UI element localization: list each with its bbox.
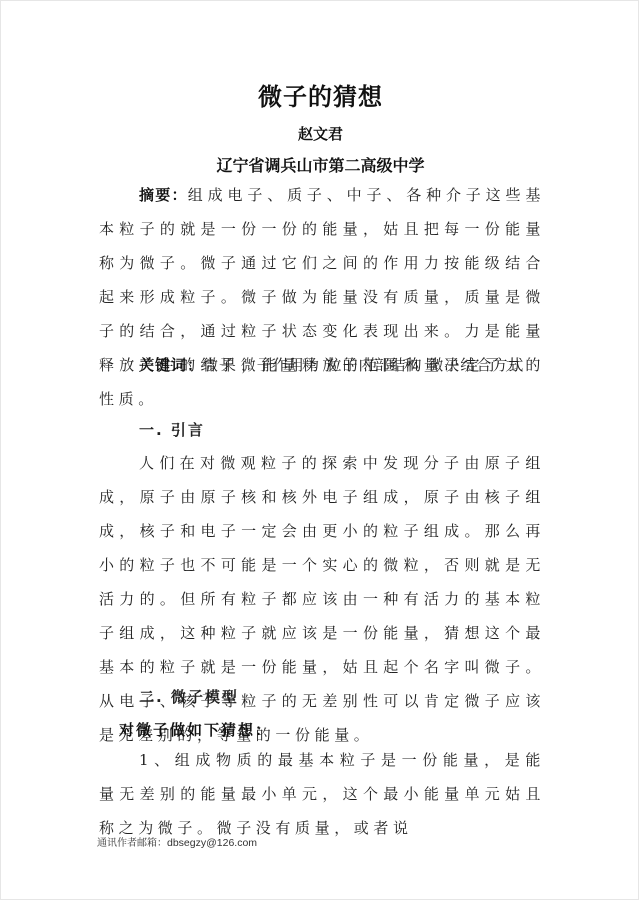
paper-title: 微子的猜想 bbox=[1, 77, 639, 112]
footer-email: dbsegzy@126.com bbox=[167, 837, 257, 849]
author-name: 赵文君 bbox=[1, 123, 639, 144]
document-page: 微子的猜想 赵文君 辽宁省调兵山市第二高级中学 摘要：组成电子、质子、中子、各种… bbox=[0, 0, 639, 900]
keywords-text: 微子 微子作用力 粒子内部结构 微子结合方式 bbox=[203, 356, 524, 374]
author-affiliation: 辽宁省调兵山市第二高级中学 bbox=[1, 153, 639, 176]
keywords: 关键词：微子 微子作用力 粒子内部结构 微子结合方式 bbox=[99, 348, 545, 382]
section-heading-model: 二. 微子模型 bbox=[139, 686, 239, 707]
abstract-label: 摘要： bbox=[139, 186, 188, 204]
footer-email-label: 通讯作者邮箱： bbox=[97, 838, 167, 849]
section-subheading: 对微子做如下猜想： bbox=[119, 719, 272, 740]
section-heading-introduction: 一. 引言 bbox=[139, 419, 205, 440]
section-paragraph: 1、组成物质的最基本粒子是一份能量，是能量无差别的能量最小单元，这个最小能量单元… bbox=[99, 743, 545, 845]
keywords-label: 关键词： bbox=[139, 356, 203, 374]
footer-contact: 通讯作者邮箱：dbsegzy@126.com bbox=[97, 834, 257, 849]
